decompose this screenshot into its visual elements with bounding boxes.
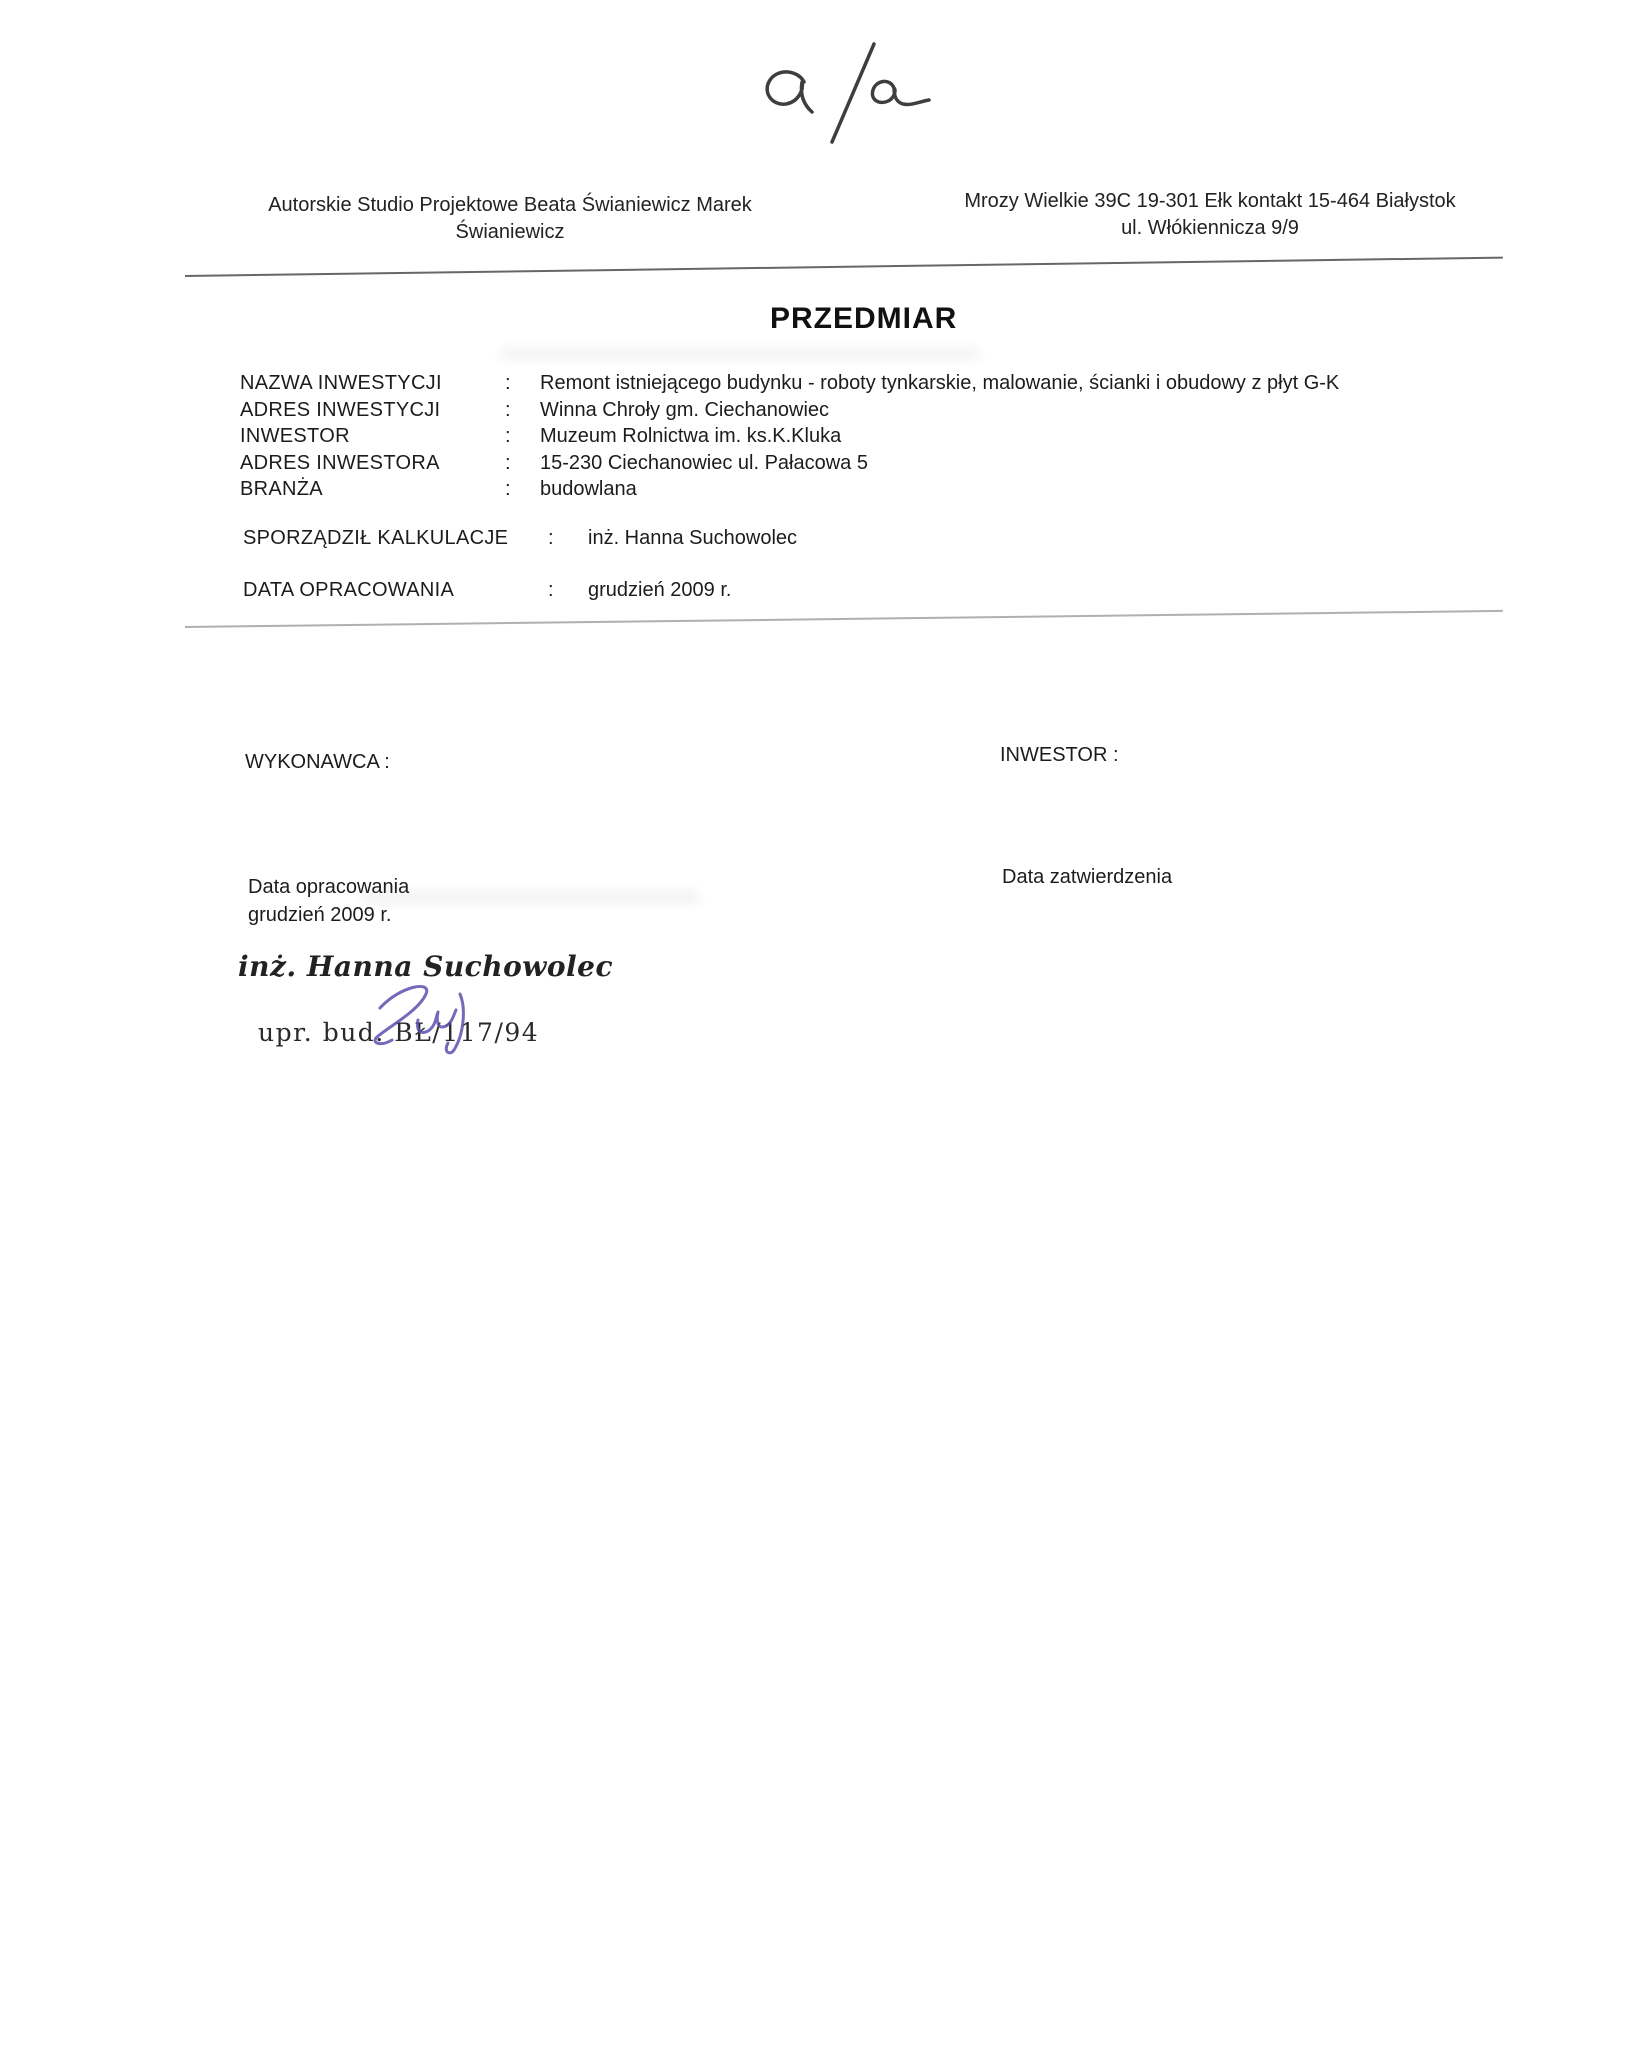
detail-value: Remont istniejącego budynku - roboty tyn… xyxy=(540,372,1520,395)
detail-colon: : xyxy=(505,452,540,475)
scan-artifact xyxy=(500,346,980,362)
detail-value: Muzeum Rolnictwa im. ks.K.Kluka xyxy=(540,425,1520,448)
signature-ink xyxy=(366,974,496,1059)
scanned-document-page: Autorskie Studio Projektowe Beata Świani… xyxy=(0,0,1641,2052)
detail-row-nazwa-inwestycji: NAZWA INWESTYCJI : Remont istniejącego b… xyxy=(240,372,1520,399)
prepared-colon: : xyxy=(548,527,588,550)
handwritten-note xyxy=(752,38,952,148)
header-address-line2: ul. Włókiennicza 9/9 xyxy=(900,215,1520,242)
detail-row-adres-inwestycji: ADRES INWESTYCJI : Winna Chroły gm. Ciec… xyxy=(240,399,1520,426)
investor-label: INWESTOR : xyxy=(1000,744,1119,767)
prepared-value: grudzień 2009 r. xyxy=(588,579,1523,602)
header-address-line1: Mrozy Wielkie 39C 19-301 Ełk kontakt 15-… xyxy=(900,188,1520,215)
prepared-value: inż. Hanna Suchowolec xyxy=(588,527,1523,550)
prepared-row-author: SPORZĄDZIŁ KALKULACJE : inż. Hanna Sucho… xyxy=(243,527,1523,550)
detail-label: ADRES INWESTYCJI xyxy=(240,399,505,422)
detail-value: budowlana xyxy=(540,478,1520,501)
prepared-label: DATA OPRACOWANIA xyxy=(243,579,548,602)
header-address-block: Mrozy Wielkie 39C 19-301 Ełk kontakt 15-… xyxy=(900,188,1520,242)
contractor-label: WYKONAWCA : xyxy=(245,751,390,774)
document-title: PRZEDMIAR xyxy=(770,302,957,336)
prepared-row-date: DATA OPRACOWANIA : grudzień 2009 r. xyxy=(243,579,1523,602)
detail-label: INWESTOR xyxy=(240,425,505,448)
prepared-label: SPORZĄDZIŁ KALKULACJE xyxy=(243,527,548,550)
detail-value: 15-230 Ciechanowiec ul. Pałacowa 5 xyxy=(540,452,1520,475)
detail-colon: : xyxy=(505,372,540,395)
detail-colon: : xyxy=(505,425,540,448)
handwritten-note-ink xyxy=(752,38,952,148)
header-studio-block: Autorskie Studio Projektowe Beata Świani… xyxy=(190,192,830,246)
detail-label: ADRES INWESTORA xyxy=(240,452,505,475)
detail-row-adres-inwestora: ADRES INWESTORA : 15-230 Ciechanowiec ul… xyxy=(240,452,1520,479)
handwritten-signature xyxy=(366,974,496,1059)
detail-colon: : xyxy=(505,399,540,422)
header-studio-line2: Świaniewicz xyxy=(190,219,830,246)
detail-row-inwestor: INWESTOR : Muzeum Rolnictwa im. ks.K.Klu… xyxy=(240,425,1520,452)
scan-artifact xyxy=(360,888,700,906)
investment-details-block: NAZWA INWESTYCJI : Remont istniejącego b… xyxy=(240,372,1520,505)
detail-label: NAZWA INWESTYCJI xyxy=(240,372,505,395)
date-prepared-label: Data opracowania xyxy=(248,876,409,899)
prepared-colon: : xyxy=(548,579,588,602)
detail-value: Winna Chroły gm. Ciechanowiec xyxy=(540,399,1520,422)
section-separator-line xyxy=(185,610,1503,628)
header-separator-line xyxy=(185,257,1503,277)
detail-colon: : xyxy=(505,478,540,501)
detail-label: BRANŻA xyxy=(240,478,505,501)
header-studio-line1: Autorskie Studio Projektowe Beata Świani… xyxy=(190,192,830,219)
prepared-by-block: SPORZĄDZIŁ KALKULACJE : inż. Hanna Sucho… xyxy=(243,527,1523,602)
date-prepared-value: grudzień 2009 r. xyxy=(248,904,391,927)
detail-row-branza: BRANŻA : budowlana xyxy=(240,478,1520,505)
date-approved-label: Data zatwierdzenia xyxy=(1002,866,1172,889)
